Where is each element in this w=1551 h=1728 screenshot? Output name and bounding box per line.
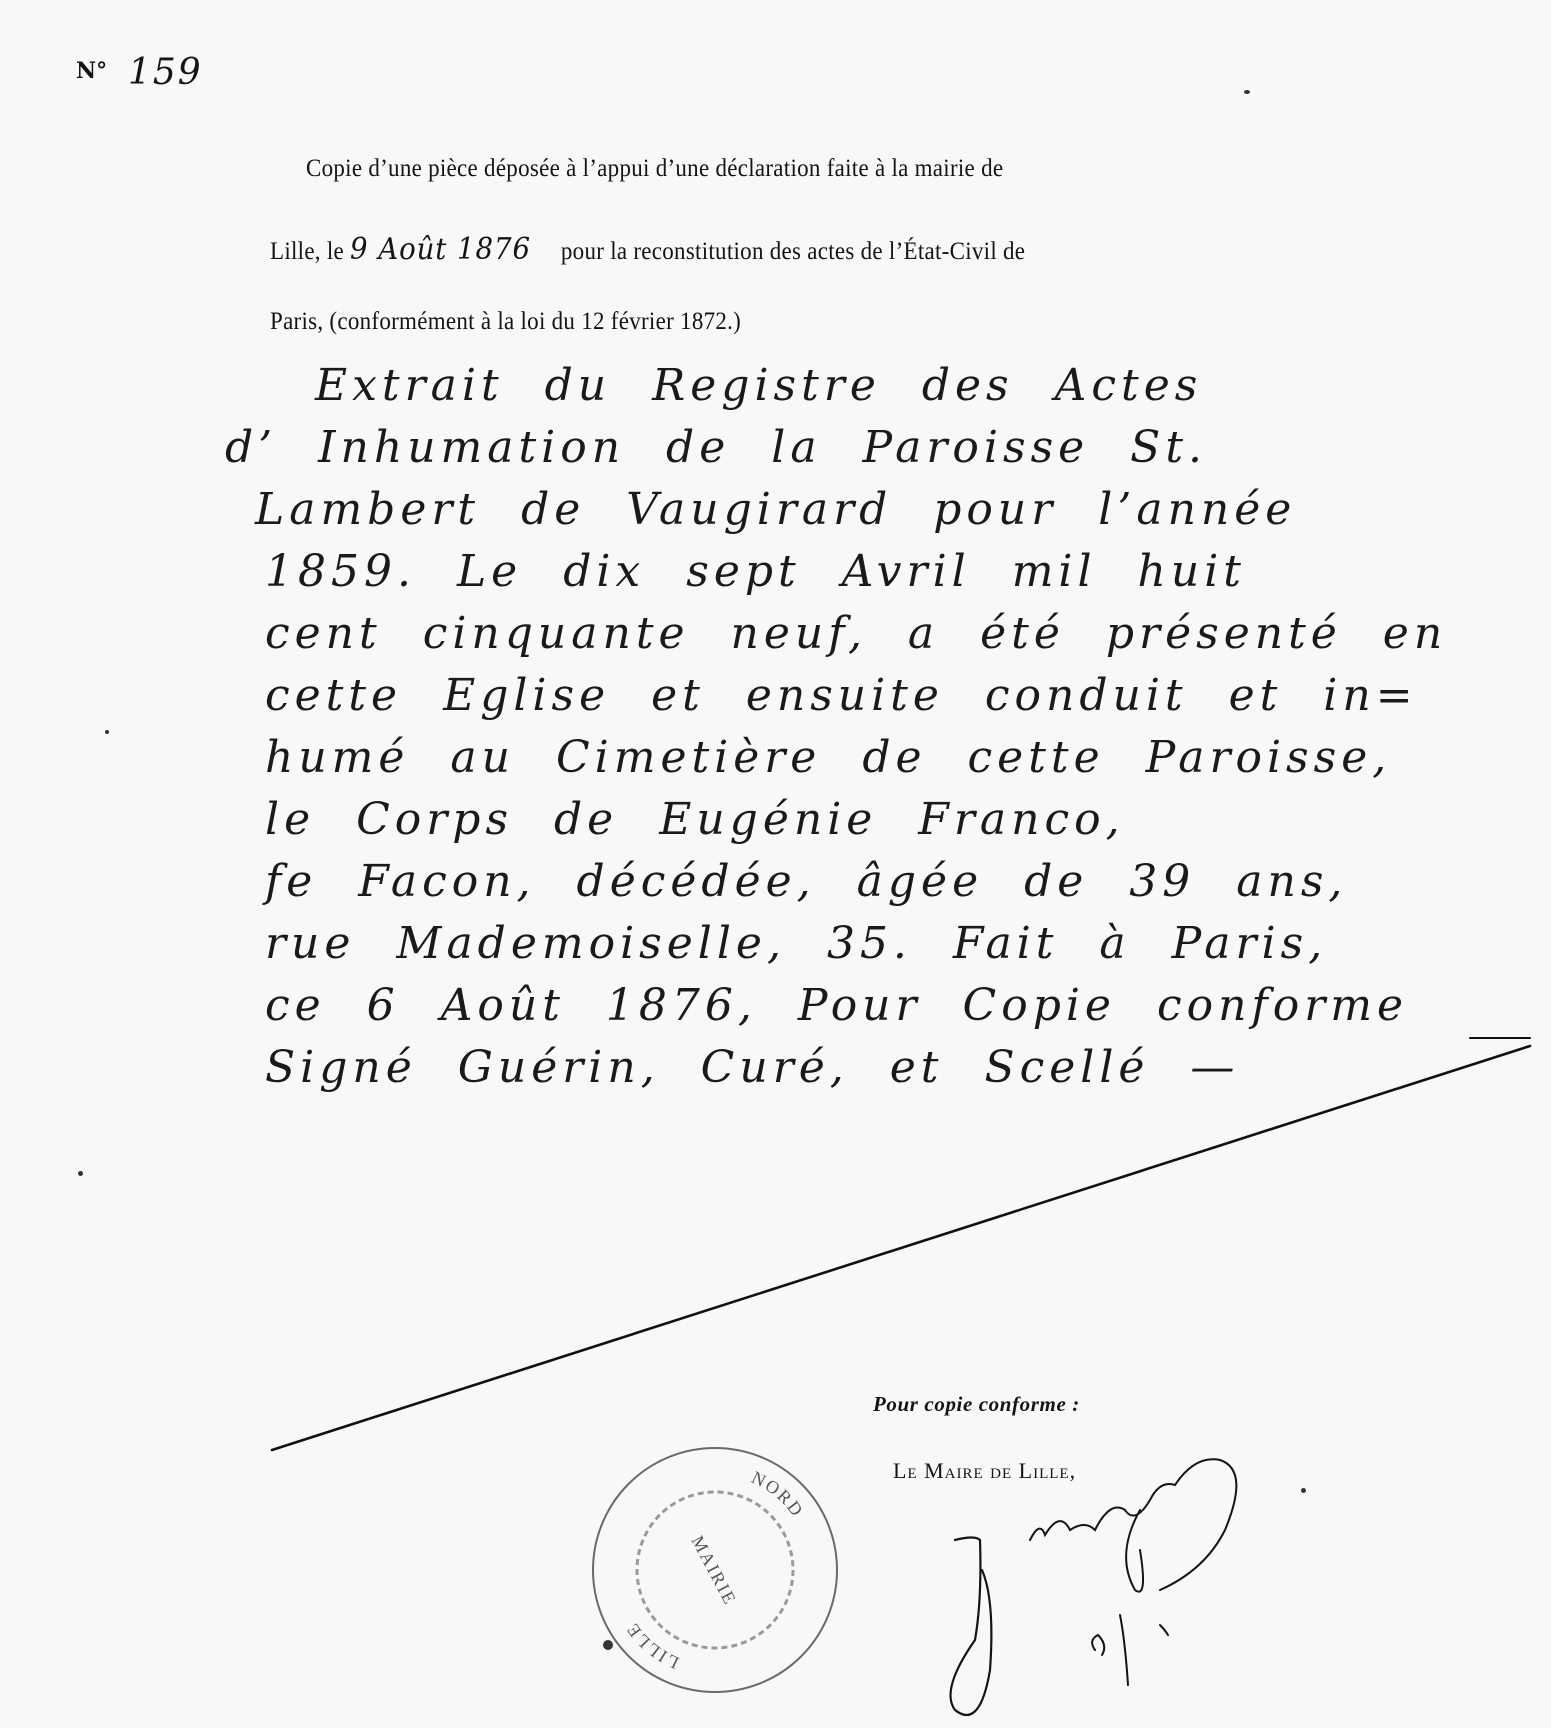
mayoral-seal: NORD LILLE MAIRIE xyxy=(580,1435,850,1705)
header-line-2-suffix: pour la reconstitution des actes de l’Ét… xyxy=(561,238,1025,265)
handwritten-line: rue Mademoiselle, 35. Fait à Paris, xyxy=(220,913,1520,975)
seal-bottom-text: LILLE xyxy=(622,1618,682,1673)
seal-top-text: NORD xyxy=(749,1467,809,1521)
paper-speck xyxy=(603,1640,613,1650)
handwritten-line: d’ Inhumation de la Paroisse St. xyxy=(220,417,1520,479)
handwritten-line: 1859. Le dix sept Avril mil huit xyxy=(220,541,1520,603)
handwritten-line: cette Eglise et ensuite conduit et in= xyxy=(220,665,1520,727)
handwritten-line: le Corps de Eugénie Franco, xyxy=(220,789,1520,851)
handwritten-line: Lambert de Vaugirard pour l’année xyxy=(220,479,1520,541)
header-line-2-prefix: Lille, le xyxy=(270,238,344,265)
handwritten-line: fe Facon, décédée, âgée de 39 ans, xyxy=(220,851,1520,913)
seal-center-text: MAIRIE xyxy=(687,1532,740,1608)
mayor-signature xyxy=(920,1440,1300,1720)
paper-speck xyxy=(1301,1488,1306,1493)
header-line-3: Paris, (conformément à la loi du 12 févr… xyxy=(270,308,741,336)
paper-speck xyxy=(105,730,109,734)
handwritten-line: humé au Cimetière de cette Paroisse, xyxy=(220,727,1520,789)
document-number-value: 159 xyxy=(128,52,203,93)
handwritten-line: Signé Guérin, Curé, et Scellé — xyxy=(220,1037,1520,1099)
document-page: N° 159 Copie d’une pièce déposée à l’app… xyxy=(0,0,1551,1728)
handwritten-line: ce 6 Août 1876, Pour Copie conforme xyxy=(220,975,1520,1037)
paper-speck xyxy=(78,1171,83,1176)
handwritten-extract: Extrait du Registre des Actes d’ Inhumat… xyxy=(220,355,1520,1099)
handwritten-line: cent cinquante neuf, a été présenté en xyxy=(220,603,1520,665)
document-number-label: N° xyxy=(76,58,107,84)
certification-label: Pour copie conforme : xyxy=(873,1392,1080,1417)
header-line-2: Lille, le 9 Août 1876 pour la reconstitu… xyxy=(270,232,1025,267)
paper-speck xyxy=(1244,90,1250,94)
header-line-1: Copie d’une pièce déposée à l’appui d’un… xyxy=(306,155,1003,183)
handwritten-line: Extrait du Registre des Actes xyxy=(220,355,1520,417)
declaration-date: 9 Août 1876 xyxy=(350,232,531,267)
